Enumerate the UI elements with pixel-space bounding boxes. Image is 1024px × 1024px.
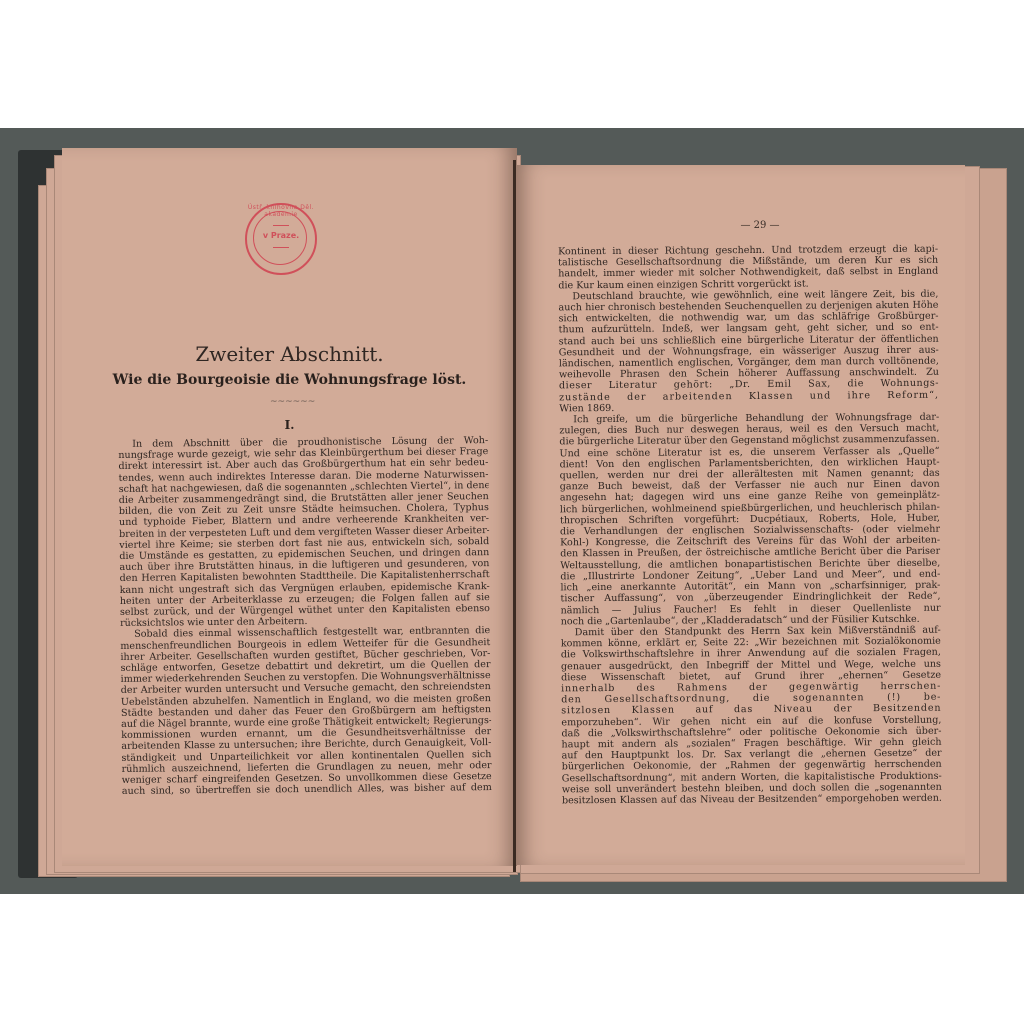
book-gutter [513, 160, 516, 872]
stamp-center-text: v Praze. [247, 231, 315, 240]
stamp-rule [273, 225, 289, 226]
section-title: Zweiter Abschnitt. [62, 342, 517, 366]
library-stamp: Ústř. knihovna Děl. akademie v Praze. [245, 203, 317, 275]
stamp-arc-text: Ústř. knihovna Děl. akademie [247, 204, 315, 218]
section-number: I. [62, 418, 517, 432]
page-number: — 29 — [690, 220, 830, 231]
left-page-body: In dem Abschnitt über die proudhonistisc… [118, 435, 492, 797]
stamp-rule [273, 247, 289, 248]
right-page-body: Kontinent in dieser Richtung geschehn. U… [558, 244, 942, 807]
ornament-divider: ~~~~~~ [270, 397, 310, 407]
chapter-title: Wie die Bourgeoisie die Wohnungsfrage lö… [62, 372, 517, 388]
